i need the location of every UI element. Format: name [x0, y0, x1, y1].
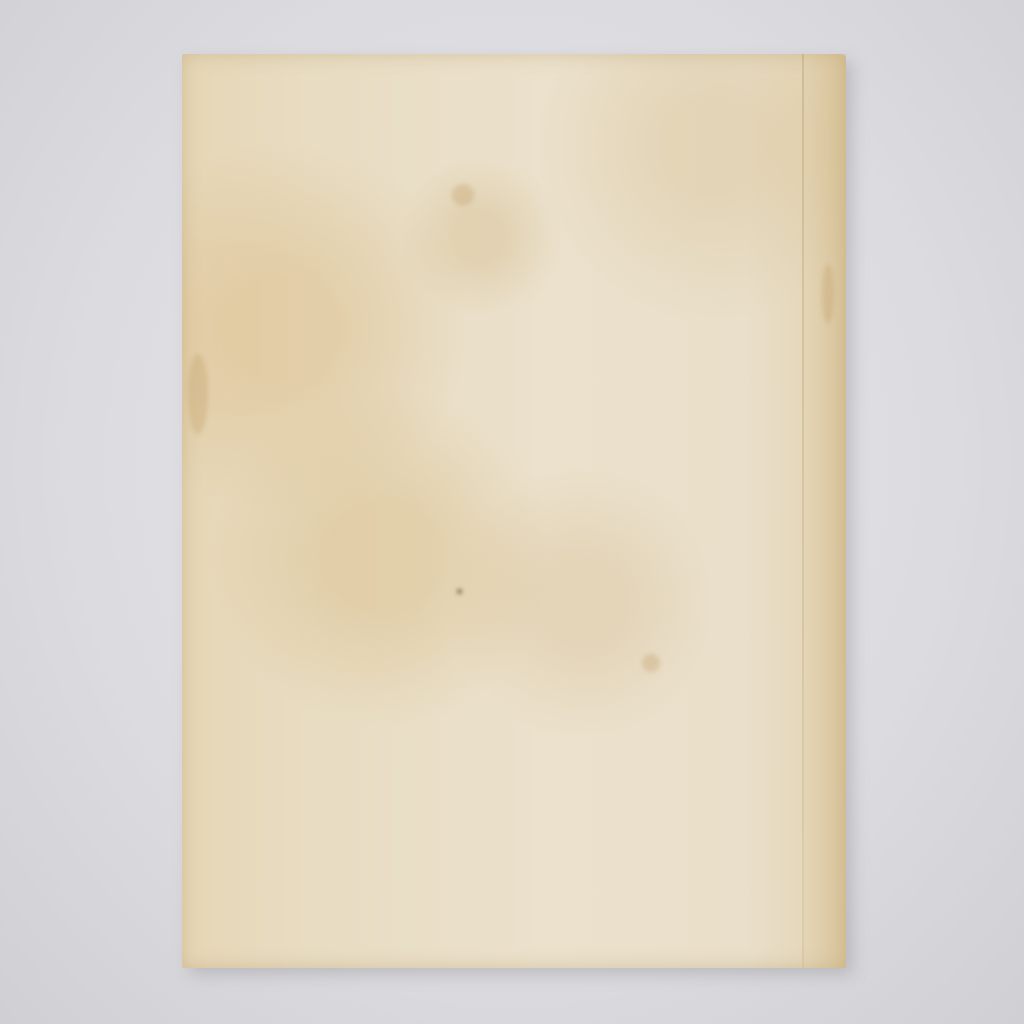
book-back-cover [182, 54, 846, 968]
spine-edge [804, 54, 846, 968]
foxing-stain [452, 184, 474, 206]
foxing-stain [822, 264, 834, 324]
foxing-stain [457, 589, 462, 594]
foxing-stain [188, 354, 208, 434]
foxing-stain [642, 654, 660, 672]
